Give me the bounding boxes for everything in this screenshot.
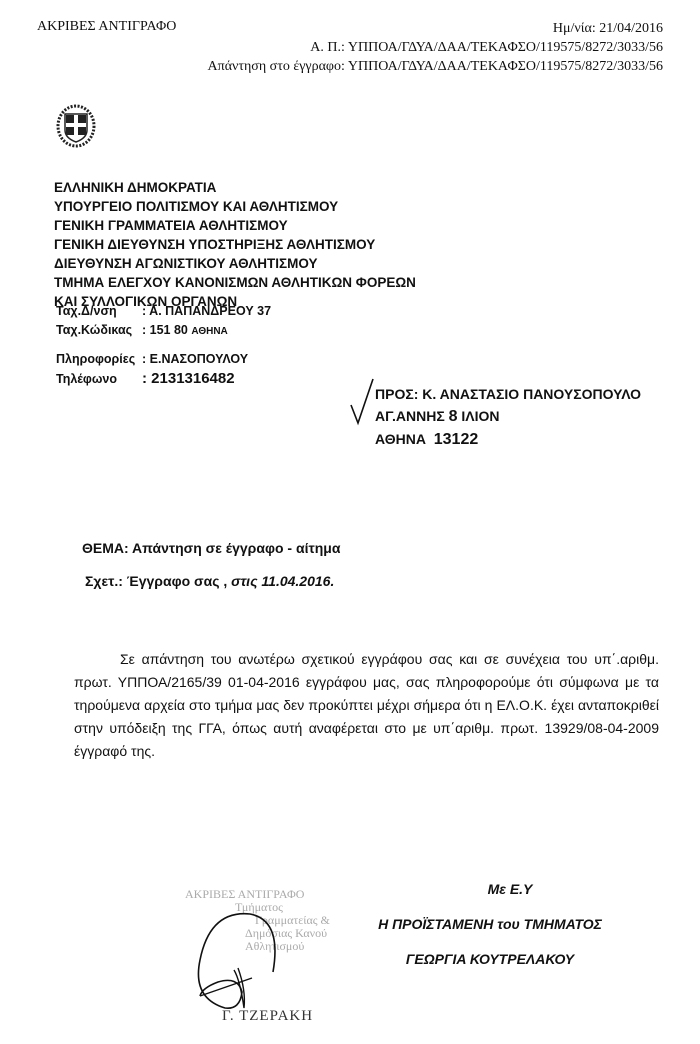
signature-block: Με Ε.Υ Η ΠΡΟΪΣΤΑΜΕΝΗ του ΤΜΗΜΑΤΟΣ ΓΕΩΡΓΙ… <box>340 872 640 977</box>
phone-value: : 2131316482 <box>142 370 235 387</box>
postcode-value: : 151 80 <box>142 323 188 337</box>
reply-to-reference: Απάντηση στο έγγραφο: ΥΠΠΟΑ/ΓΔΥΑ/ΔΑΑ/ΤΕΚ… <box>208 57 663 76</box>
agency-line: ΤΜΗΜΑ ΕΛΕΓΧΟΥ ΚΑΝΟΝΙΣΜΩΝ ΑΘΛΗΤΙΚΩΝ ΦΟΡΕΩ… <box>54 273 416 292</box>
signatory-title: Η ΠΡΟΪΣΤΑΜΕΝΗ του ΤΜΗΜΑΤΟΣ <box>340 907 640 942</box>
checkmark-icon <box>349 377 375 429</box>
postcode-label: Ταχ.Κώδικας <box>56 321 142 340</box>
issuing-agency-block: ΕΛΛΗΝΙΚΗ ΔΗΜΟΚΡΑΤΙΑ ΥΠΟΥΡΓΕΙΟ ΠΟΛΙΤΙΣΜΟΥ… <box>54 178 416 311</box>
phone-label: Τηλέφωνο <box>56 370 142 389</box>
reference-line: Σχετ.: Έγγραφο σας , στις 11.04.2016. <box>85 573 334 589</box>
recipient-name: ΠΡΟΣ: Κ. ΑΝΑΣΤΑΣΙΟ ΠΑΝΟΥΣΟΠΟΥΛΟ <box>375 383 641 405</box>
greek-coat-of-arms-icon <box>56 104 96 148</box>
certified-copy-label: ΑΚΡΙΒΕΣ ΑΝΤΙΓΡΑΦΟ <box>37 19 176 35</box>
agency-address: Ταχ.Δ/νση: Α. ΠΑΠΑΝΔΡΕΟΥ 37 Ταχ.Κώδικας:… <box>56 302 271 341</box>
agency-line: ΕΛΛΗΝΙΚΗ ΔΗΜΟΚΡΑΤΙΑ <box>54 178 416 197</box>
agency-line: ΔΙΕΥΘΥΝΣΗ ΑΓΩΝΙΣΤΙΚΟΥ ΑΘΛΗΤΙΣΜΟΥ <box>54 254 416 273</box>
document-header-info: Ημ/νία: 21/04/2016 Α. Π.: ΥΠΠΟΑ/ΓΔΥΑ/ΔΑΑ… <box>208 19 663 76</box>
signatory-name: ΓΕΩΡΓΙΑ ΚΟΥΤΡΕΛΑΚΟΥ <box>340 942 640 977</box>
letter-body: Σε απάντηση του ανωτέρω σχετικού εγγράφο… <box>74 648 659 763</box>
document-date: Ημ/νία: 21/04/2016 <box>208 19 663 38</box>
subject-line: ΘΕΜΑ: Απάντηση σε έγγραφο - αίτημα <box>82 540 340 556</box>
reference-date: στις 11.04.2016. <box>227 573 334 589</box>
address-value: : Α. ΠΑΠΑΝΔΡΕΟΥ 37 <box>142 304 271 318</box>
address-label: Ταχ.Δ/νση <box>56 302 142 321</box>
recipient-block: ΠΡΟΣ: Κ. ΑΝΑΣΤΑΣΙΟ ΠΑΝΟΥΣΟΠΟΥΛΟ ΑΓ.ΑΝΝΗΣ… <box>355 383 641 451</box>
recipient-street: ΑΓ.ΑΝΝΗΣ 8 ΙΛΙΟΝ <box>375 405 641 428</box>
info-value: : Ε.ΝΑΣΟΠΟΥΛΟΥ <box>142 352 248 366</box>
agency-line: ΥΠΟΥΡΓΕΙΟ ΠΟΛΙΤΙΣΜΟΥ ΚΑΙ ΑΘΛΗΤΙΣΜΟΥ <box>54 197 416 216</box>
contact-info: Πληροφορίες: Ε.ΝΑΣΟΠΟΥΛΟΥ Τηλέφωνο: 2131… <box>56 350 248 389</box>
protocol-number: Α. Π.: ΥΠΠΟΑ/ΓΔΥΑ/ΔΑΑ/ΤΕΚΑΦΣΟ/119575/827… <box>208 38 663 57</box>
info-label: Πληροφορίες <box>56 350 142 369</box>
closing-salutation: Με Ε.Υ <box>340 872 640 907</box>
reference-prefix: Σχετ.: Έγγραφο σας , <box>85 573 227 589</box>
certifier-name: Γ. ΤΖΕΡΑΚΗ <box>222 1008 313 1025</box>
postcode-city: ΑΘΗΝΑ <box>191 326 227 337</box>
agency-line: ΓΕΝΙΚΗ ΓΡΑΜΜΑΤΕΙΑ ΑΘΛΗΤΙΣΜΟΥ <box>54 216 416 235</box>
body-paragraph: Σε απάντηση του ανωτέρω σχετικού εγγράφο… <box>74 648 659 763</box>
agency-line: ΓΕΝΙΚΗ ΔΙΕΥΘΥΝΣΗ ΥΠΟΣΤΗΡΙΞΗΣ ΑΘΛΗΤΙΣΜΟΥ <box>54 235 416 254</box>
recipient-city: ΑΘΗΝΑ 13122 <box>375 428 641 451</box>
